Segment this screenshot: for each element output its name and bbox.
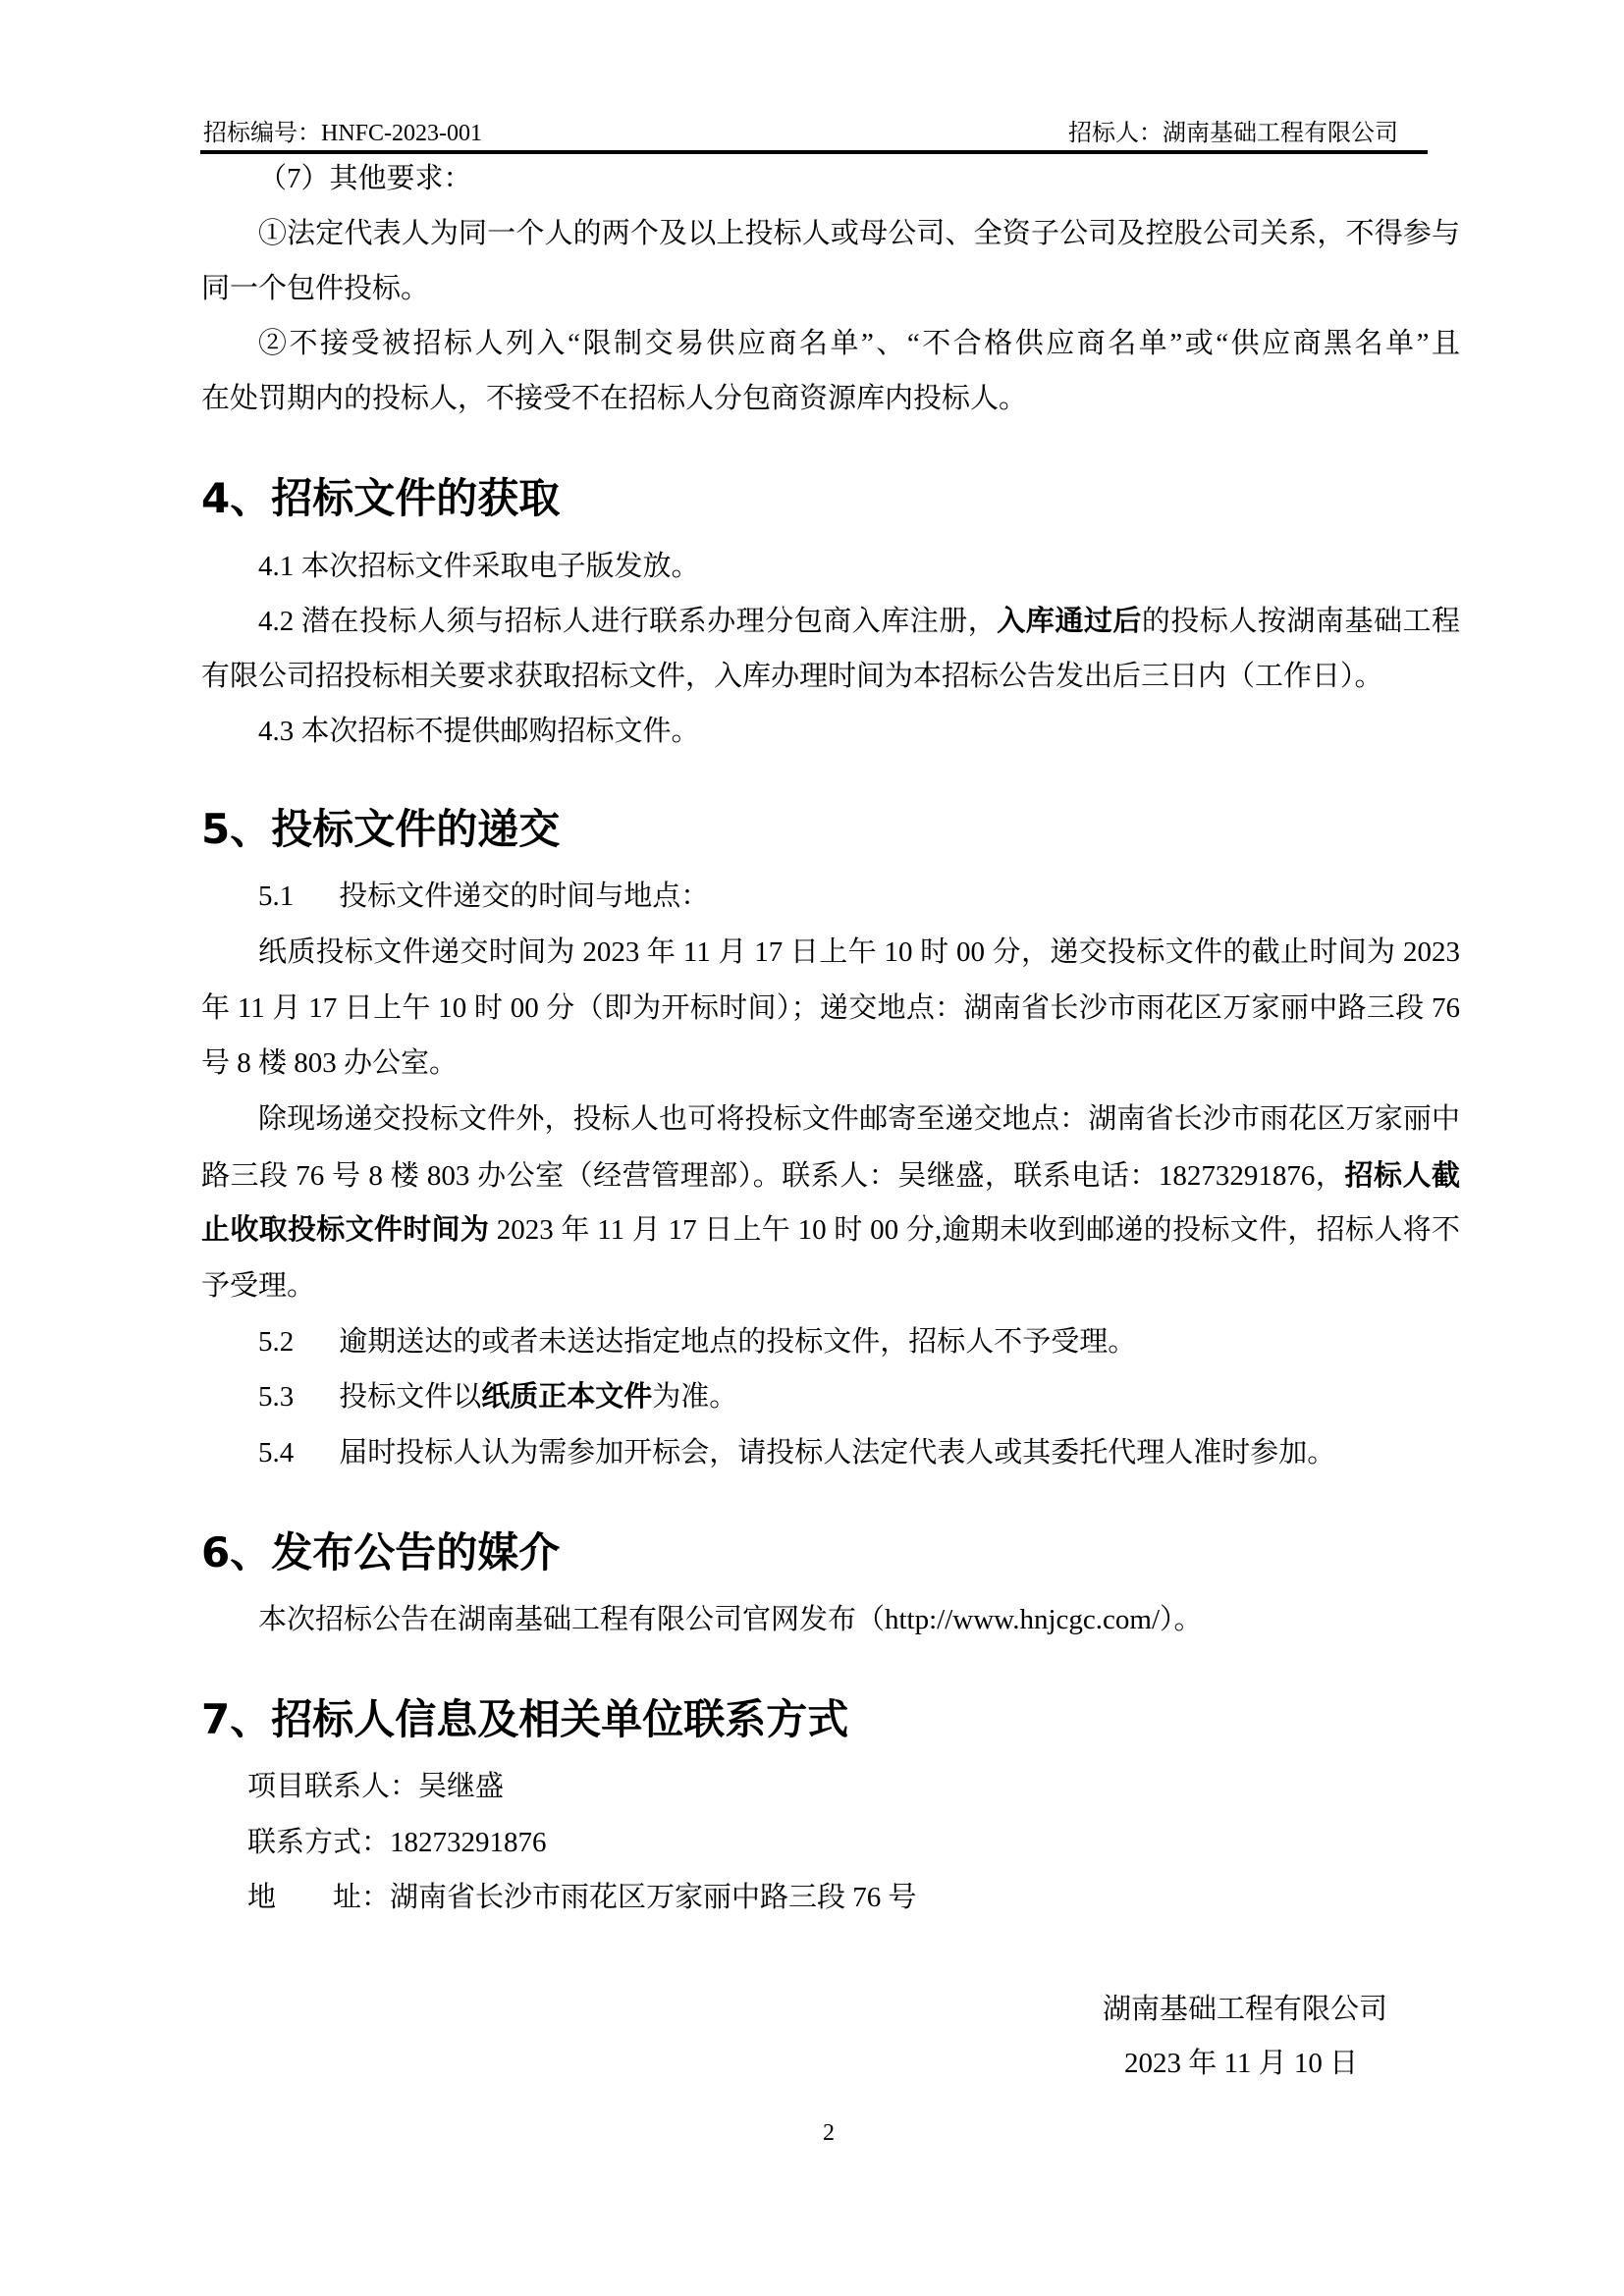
paragraph-5-2-number: 5.2	[258, 1326, 294, 1358]
signature-company: 湖南基础工程有限公司	[1103, 1990, 1387, 2029]
tenderer-name: 招标人：湖南基础工程有限公司	[1068, 116, 1398, 151]
paragraph-4-2-line-2: 有限公司招投标相关要求获取招标文件，入库办理时间为本招标公告发出后三日内（工作日…	[201, 657, 1460, 696]
page-header: 招标编号：HNFC-2023-001 招标人：湖南基础工程有限公司	[201, 116, 1428, 151]
paragraph-5-3-text-a: 投标文件以	[339, 1381, 481, 1413]
paragraph-5-2-text: 逾期送达的或者未送达指定地点的投标文件，招标人不予受理。	[339, 1326, 1136, 1358]
paragraph-4-2-text-a: 4.2 潜在投标人须与招标人进行联系办理分包商入库注册，	[258, 606, 997, 637]
paragraph-4-2-text-b: 的投标人按湖南基础工程	[1142, 606, 1460, 637]
paragraph-5-2: 5.2逾期送达的或者未送达指定地点的投标文件，招标人不予受理。	[258, 1322, 1460, 1362]
paragraph-5-1: 5.1投标文件递交的时间与地点：	[258, 877, 1460, 916]
contact-phone: 联系方式：18273291876	[247, 1823, 1506, 1862]
paragraph-5-4: 5.4届时投标人认为需参加开标会，请投标人法定代表人或其委托代理人准时参加。	[258, 1433, 1460, 1472]
requirement-2-line-1: ②不接受被招标人列入“限制交易供应商名单”、“不合格供应商名单”或“供应商黑名单…	[258, 324, 1460, 363]
mail-submission-text: 路三段 76 号 8 楼 803 办公室（经营管理部）。联系人：吴继盛，联系电话…	[201, 1160, 1344, 1192]
address-label-a: 地	[247, 1882, 276, 1913]
paragraph-4-2-bold: 入库通过后	[997, 606, 1142, 637]
mail-submission-line-2: 路三段 76 号 8 楼 803 办公室（经营管理部）。联系人：吴继盛，联系电话…	[201, 1156, 1460, 1196]
paragraph-5-4-text: 届时投标人认为需参加开标会，请投标人法定代表人或其委托代理人准时参加。	[339, 1437, 1335, 1468]
paragraph-5-1-number: 5.1	[258, 881, 294, 912]
section-4-heading: 4、招标文件的获取	[201, 471, 560, 526]
paper-submission-line-1: 纸质投标文件递交时间为 2023 年 11 月 17 日上午 10 时 00 分…	[258, 933, 1460, 972]
mail-deadline-bold-a: 招标人截	[1344, 1160, 1460, 1192]
paragraph-5-3: 5.3投标文件以纸质正本文件为准。	[258, 1377, 1460, 1416]
publication-media-text: 本次招标公告在湖南基础工程有限公司官网发布（http://www.hnjcgc.…	[258, 1600, 1460, 1639]
paper-submission-line-2: 年 11 月 17 日上午 10 时 00 分（即为开标时间）；递交地点：湖南省…	[201, 988, 1460, 1028]
paragraph-4-2-line-1: 4.2 潜在投标人须与招标人进行联系办理分包商入库注册，入库通过后的投标人按湖南…	[258, 602, 1460, 641]
requirement-1-line-2: 同一个包件投标。	[201, 269, 1460, 308]
mail-submission-line-4: 予受理。	[201, 1266, 1460, 1306]
section-7-heading: 7、招标人信息及相关单位联系方式	[201, 1692, 848, 1747]
paragraph-5-3-number: 5.3	[258, 1381, 294, 1413]
paragraph-4-3: 4.3 本次招标不提供邮购招标文件。	[258, 712, 1460, 751]
mail-deadline-text: 2023 年 11 月 17 日上午 10 时 00 分,逾期未收到邮递的投标文…	[489, 1214, 1460, 1246]
bid-number: 招标编号：HNFC-2023-001	[203, 116, 482, 151]
paragraph-5-3-text-b: 为准。	[652, 1381, 737, 1413]
section-5-heading: 5、投标文件的递交	[201, 802, 560, 857]
item-7-title: （7）其他要求：	[258, 159, 1460, 198]
paper-submission-line-3: 号 8 楼 803 办公室。	[201, 1043, 1460, 1083]
mail-deadline-bold-b: 止收取投标文件时间为	[201, 1214, 489, 1246]
mail-submission-line-3: 止收取投标文件时间为 2023 年 11 月 17 日上午 10 时 00 分,…	[201, 1210, 1460, 1250]
address-label-b: 址：湖南省长沙市雨花区万家丽中路三段 76 号	[333, 1882, 917, 1913]
signature-date: 2023 年 11 月 10 日	[1124, 2044, 1358, 2083]
page-number: 2	[823, 2118, 835, 2148]
contact-address: 地址：湖南省长沙市雨花区万家丽中路三段 76 号	[247, 1878, 1506, 1917]
section-6-heading: 6、发布公告的媒介	[201, 1525, 560, 1580]
paragraph-5-1-text: 投标文件递交的时间与地点：	[339, 881, 709, 912]
requirement-1-line-1: ①法定代表人为同一个人的两个及以上投标人或母公司、全资子公司及控股公司关系，不得…	[258, 214, 1460, 253]
paragraph-4-1: 4.1 本次招标文件采取电子版发放。	[258, 547, 1460, 586]
paragraph-5-3-bold: 纸质正本文件	[481, 1381, 652, 1413]
header-divider	[200, 150, 1428, 154]
contact-person: 项目联系人：吴继盛	[247, 1767, 1506, 1806]
requirement-2-line-2: 在处罚期内的投标人，不接受不在招标人分包商资源库内投标人。	[201, 379, 1460, 418]
mail-submission-line-1: 除现场递交投标文件外，投标人也可将投标文件邮寄至递交地点：湖南省长沙市雨花区万家…	[258, 1099, 1460, 1139]
paragraph-5-4-number: 5.4	[258, 1437, 294, 1468]
